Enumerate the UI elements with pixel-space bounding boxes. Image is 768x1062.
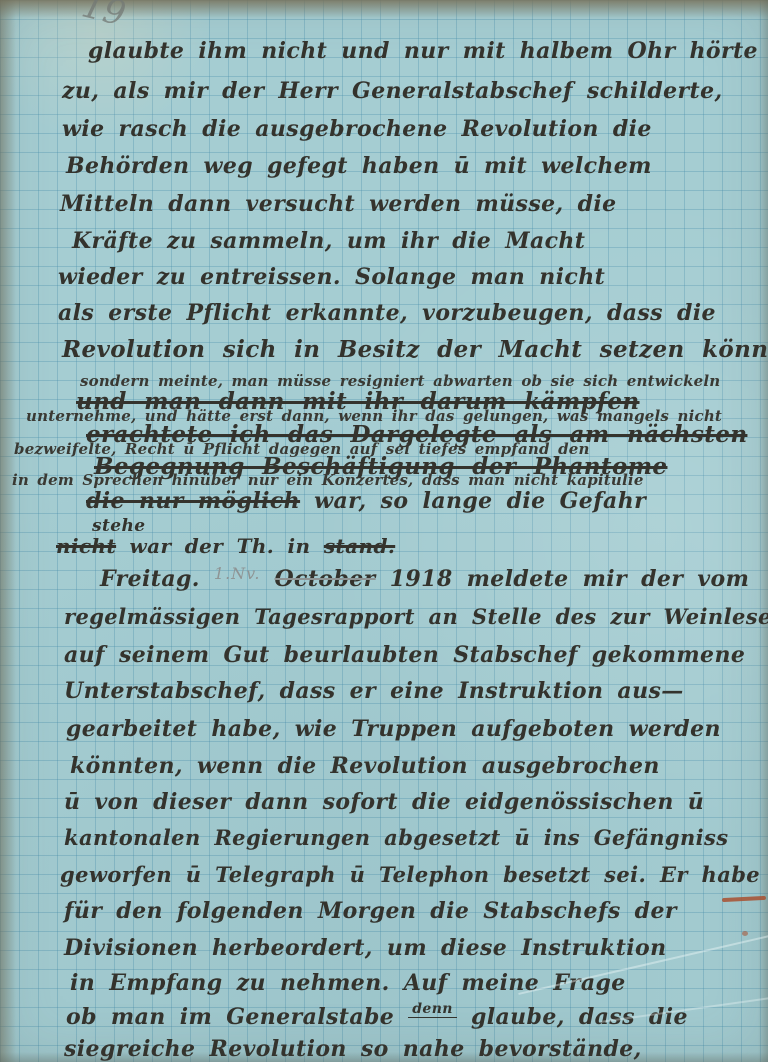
manuscript-line: geworfen ū Telegraph ū Telephon besetzt … <box>60 862 760 887</box>
caret-insertion: denn <box>408 1001 457 1018</box>
pencil-insertion: 1.Nv. <box>214 564 261 583</box>
manuscript-line: glaubte ihm nicht und nur mit halbem Ohr… <box>88 38 768 64</box>
manuscript-line: ob man im Generalstabe denn glaube, dass… <box>66 1004 688 1030</box>
manuscript-line: für den folgenden Morgen die Stabschefs … <box>64 898 677 924</box>
struck-text: stand. <box>324 534 395 558</box>
manuscript-line: Revolution sich in Besitz der Macht setz… <box>62 336 768 363</box>
manuscript-line: Behörden weg gefegt haben ū mit welchem <box>66 153 652 179</box>
line-text: war der Th. in <box>129 534 310 558</box>
manuscript-line-insertion: stehe <box>92 516 145 536</box>
line-text: Freitag. <box>100 566 200 592</box>
manuscript-line: kantonalen Regierungen abgesetzt ū ins G… <box>64 825 728 850</box>
manuscript-line: wie rasch die ausgebrochene Revolution d… <box>62 116 652 142</box>
struck-text: nicht <box>56 534 116 558</box>
manuscript-line: Mitteln dann versucht werden müsse, die <box>60 191 617 217</box>
manuscript-line: nicht war der Th. in stand. <box>56 534 395 558</box>
manuscript-line: die nur möglich war, so lange die Gefahr <box>86 488 646 514</box>
manuscript-line: auf seinem Gut beurlaubten Stabschef gek… <box>64 642 745 668</box>
manuscript-line: Kräfte zu sammeln, um ihr die Macht <box>72 228 585 254</box>
manuscript-line: siegreiche Revolution so nahe bevorständ… <box>64 1036 642 1062</box>
manuscript-line-interlinear: in dem Sprechen hinüber nur ein Konzerte… <box>12 471 644 489</box>
page-number: 19 <box>78 0 130 35</box>
line-text: 1918 meldete mir der vom <box>390 566 750 592</box>
red-pencil-dash <box>722 896 766 902</box>
line-text: war, so lange die Gefahr <box>314 488 646 514</box>
manuscript-line: könnten, wenn die Revolution ausgebroche… <box>70 753 660 779</box>
manuscript-line: Divisionen herbeordert, um diese Instruk… <box>64 935 666 961</box>
manuscript-line: wieder zu entreissen. Solange man nicht <box>58 264 605 290</box>
manuscript-line: als erste Pflicht erkannte, vorzubeugen,… <box>58 300 716 326</box>
paper-edge-left <box>0 0 16 1062</box>
struck-text: die nur möglich <box>86 488 300 514</box>
line-text: ob man im Generalstabe <box>66 1004 394 1030</box>
paper-edge-right <box>758 0 768 1062</box>
line-text: glaube, dass die <box>471 1004 688 1030</box>
manuscript-line: gearbeitet habe, wie Truppen aufgeboten … <box>66 716 721 742</box>
manuscript-line: regelmässigen Tagesrapport an Stelle des… <box>64 604 768 629</box>
red-pencil-dot <box>742 931 748 936</box>
manuscript-line: ū von dieser dann sofort die eidgenössis… <box>64 789 704 815</box>
manuscript-line: Unterstabschef, dass er eine Instruktion… <box>64 678 684 704</box>
manuscript-line: in Empfang zu nehmen. Auf meine Frage <box>70 970 626 996</box>
manuscript-line-date: Freitag. 1.Nv. October 1918 meldete mir … <box>100 566 749 592</box>
manuscript-line: zu, als mir der Herr Generalstabschef sc… <box>62 78 723 104</box>
pencil-struck-text: October <box>274 566 375 592</box>
manuscript-page: 19 glaubte ihm nicht und nur mit halbem … <box>0 0 768 1062</box>
